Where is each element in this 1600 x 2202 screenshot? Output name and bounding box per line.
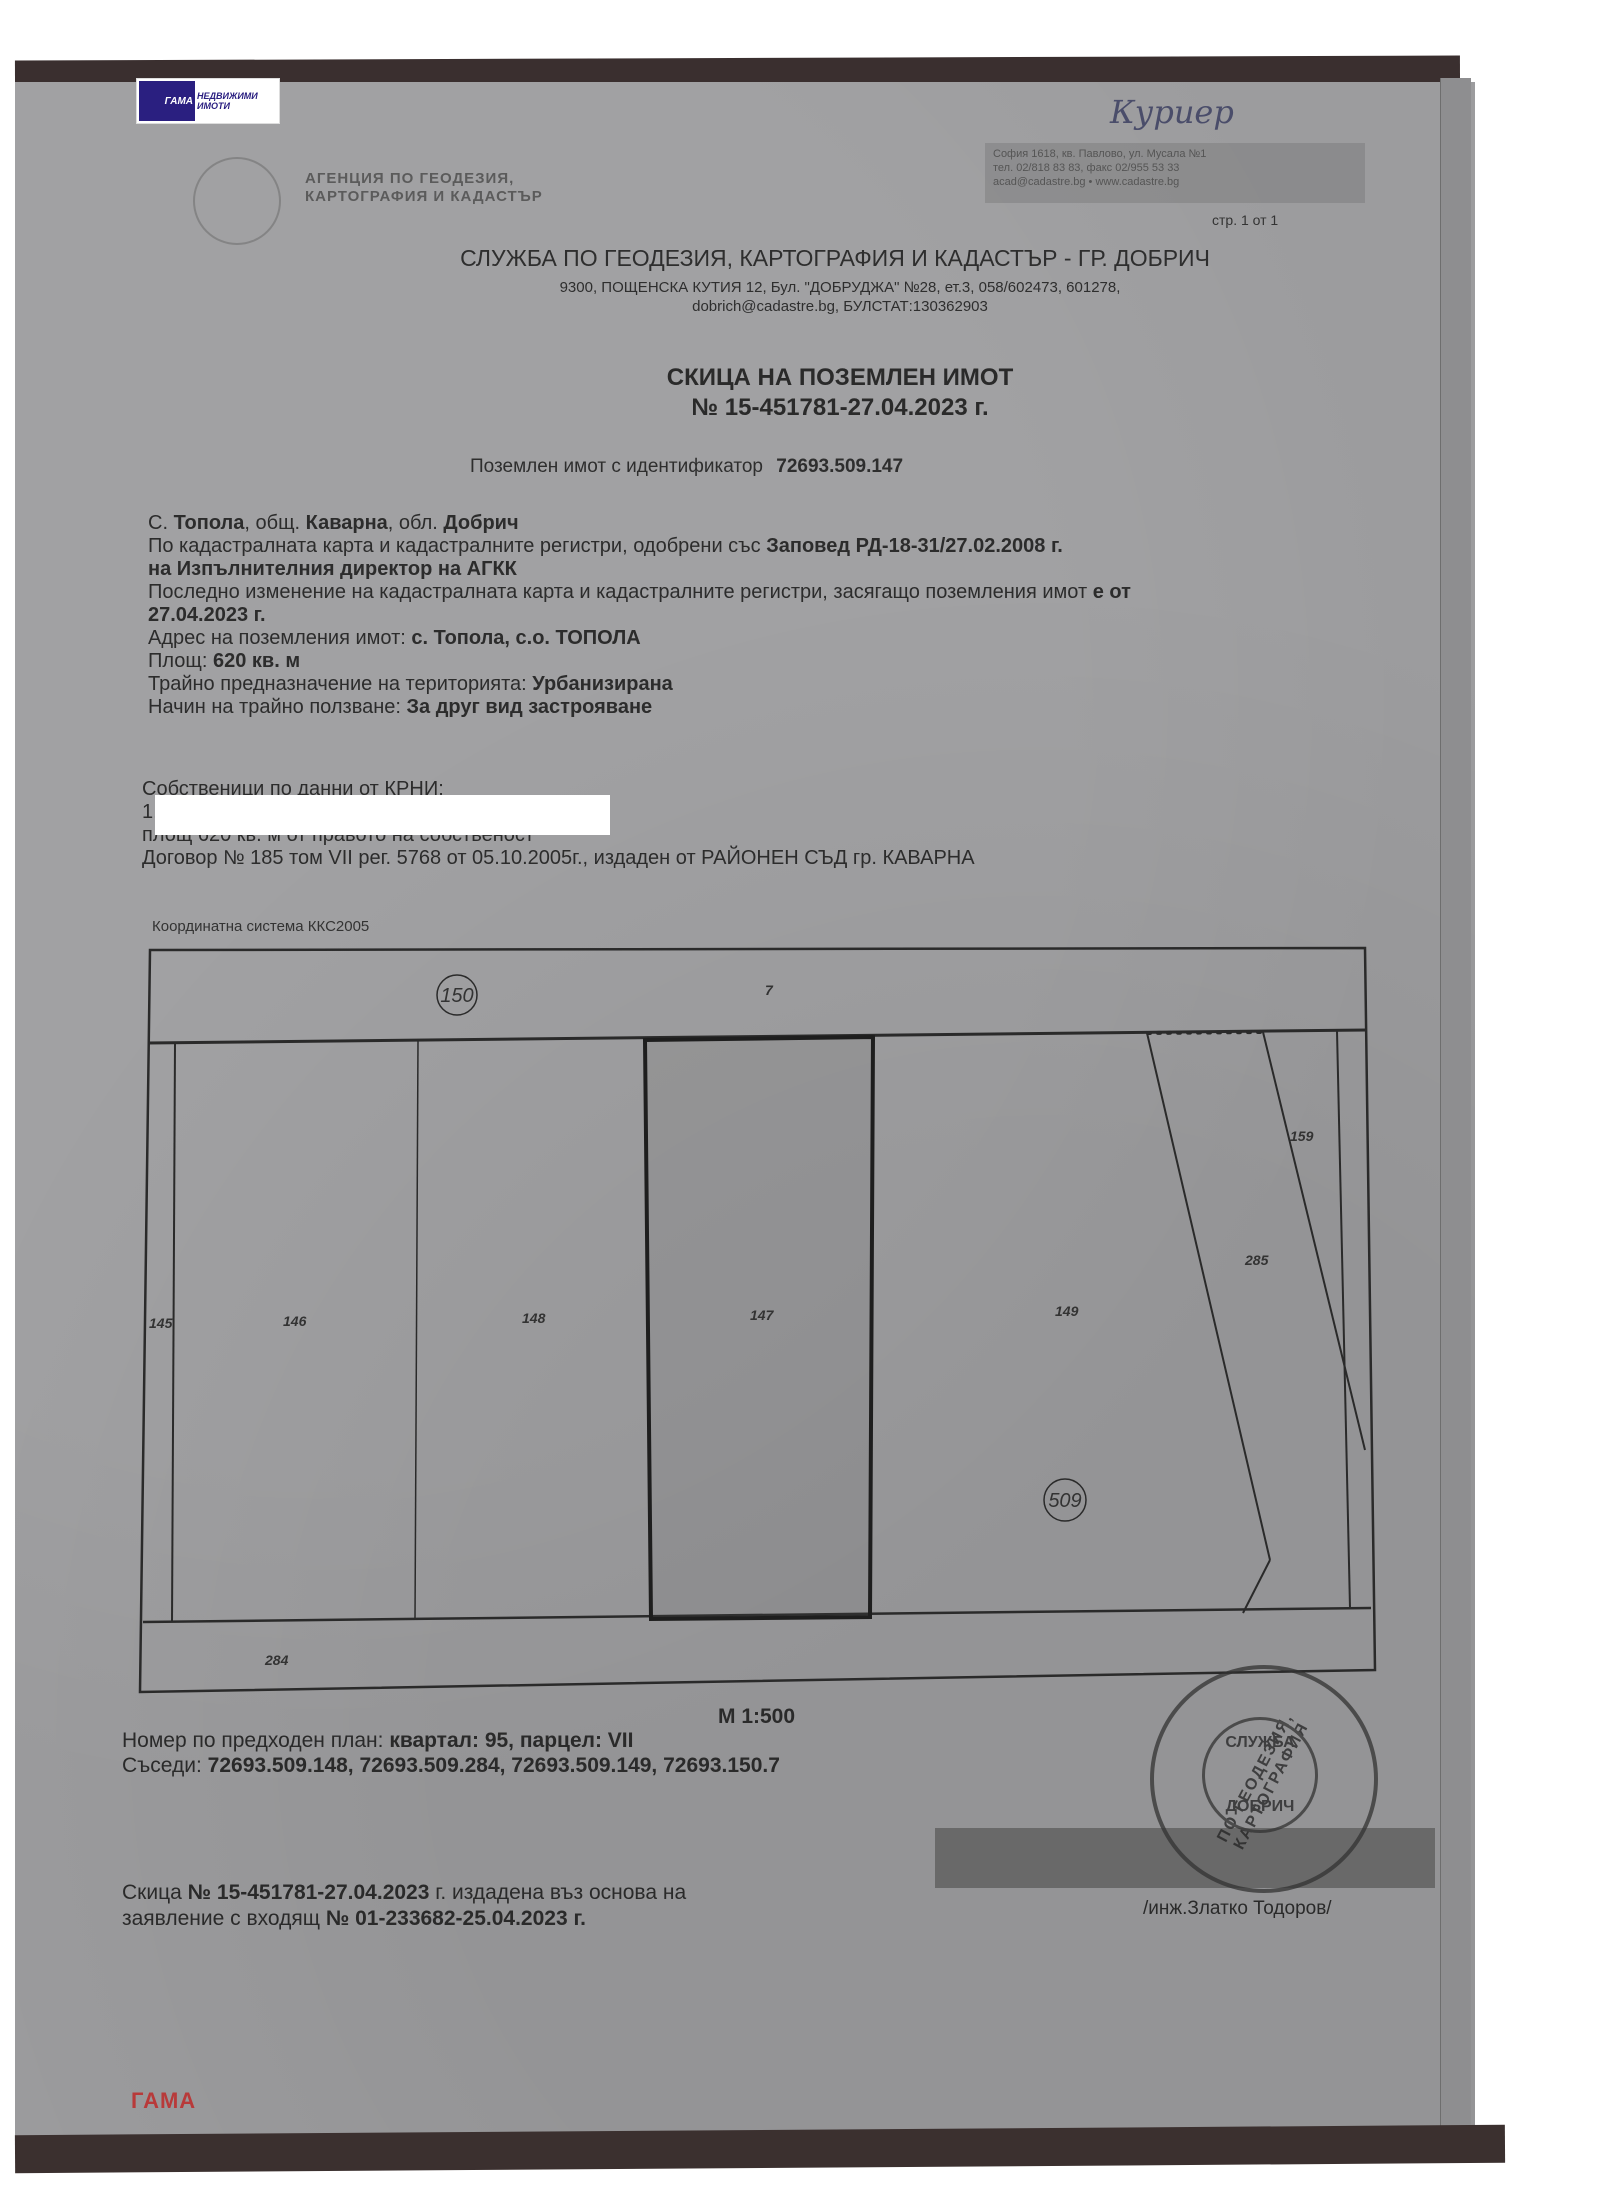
handwritten-note: Куриер: [1110, 93, 1234, 131]
property-details: С. Топола, общ. Каварна, обл. Добрич По …: [148, 512, 1368, 719]
issuance-note: Скица № 15-451781-27.04.2023 г. издадена…: [122, 1880, 686, 1932]
stamp-globe-icon: СЛУЖБА ДОБРИЧ: [1202, 1717, 1318, 1833]
last-change-line: Последно изменение на кадастралната карт…: [148, 581, 1368, 604]
parcel-label-147: 147: [750, 1307, 775, 1323]
block-label-150: 150: [440, 985, 473, 1007]
agency-contact-block: София 1618, кв. Павлово, ул. Мусала №1 т…: [985, 143, 1365, 203]
identifier-value: 72693.509.147: [776, 456, 903, 477]
parcel-label-284: 284: [264, 1652, 289, 1668]
signer-name: /инж.Златко Тодоров/: [1143, 1898, 1332, 1920]
parcel-label-148: 148: [522, 1310, 546, 1326]
logo-text: НЕДВИЖИМИ ИМОТИ: [197, 91, 258, 111]
parcel-label-149: 149: [1055, 1303, 1079, 1319]
parcel-label-146: 146: [283, 1313, 307, 1329]
parcel-label-145: 145: [149, 1315, 173, 1331]
office-title: СЛУЖБА ПО ГЕОДЕЗИЯ, КАРТОГРАФИЯ И КАДАСТ…: [0, 245, 1600, 272]
map-scale: М 1:500: [718, 1705, 795, 1729]
official-stamp-icon: ПО ГЕОДЕЗИЯ, КАРТОГРАФИЯ СЛУЖБА ДОБРИЧ: [1150, 1665, 1378, 1893]
area-line: Площ: 620 кв. м: [148, 650, 1368, 673]
cadastral-sketch: 150 509 7 145 146 148 147 149 159 285 28…: [135, 940, 1395, 1700]
gama-logo: ГАМА НЕДВИЖИМИ ИМОТИ: [136, 78, 280, 124]
cadastral-map-svg: 150 509 7 145 146 148 147 149 159 285 28…: [135, 940, 1395, 1700]
address-line: Адрес на поземления имот: с. Топола, с.о…: [148, 627, 1368, 650]
coordinate-system: Координатна система ККС2005: [152, 918, 369, 935]
agency-name: АГЕНЦИЯ ПО ГЕОДЕЗИЯ, КАРТОГРАФИЯ И КАДАС…: [305, 170, 543, 206]
document-number: № 15-451781-27.04.2023 г.: [80, 393, 1600, 423]
office-address: 9300, ПОЩЕНСКА КУТИЯ 12, Бул. "ДОБРУДЖА"…: [0, 278, 1600, 316]
usage-line: Начин на трайно ползване: За друг вид за…: [148, 696, 1368, 719]
location-line: С. Топола, общ. Каварна, обл. Добрич: [148, 512, 1368, 535]
gama-watermark: ГАМА: [131, 2088, 196, 2114]
page-number: стр. 1 от 1: [1212, 212, 1278, 228]
parcel-label-7: 7: [765, 982, 774, 998]
purpose-line: Трайно предназначение на територията: Ур…: [148, 673, 1368, 696]
redacted-owner-name: [155, 795, 610, 835]
neighbours-line: Съседи: 72693.509.148, 72693.509.284, 72…: [122, 1753, 780, 1778]
map-approval-line: По кадастралната карта и кадастралните р…: [148, 535, 1368, 558]
logo-mark: ГАМА: [139, 81, 195, 121]
parcel-label-285: 285: [1244, 1252, 1269, 1268]
previous-plan: Номер по предходен план: квартал: 95, па…: [122, 1728, 780, 1778]
ownership-contract: Договор № 185 том VII рег. 5768 от 05.10…: [142, 847, 1242, 870]
agency-emblem-icon: [193, 157, 281, 245]
subject-parcel-147: [645, 1037, 873, 1619]
block-label-509: 509: [1048, 1490, 1081, 1512]
document-title: СКИЦА НА ПОЗЕМЛЕН ИМОТ № 15-451781-27.04…: [0, 363, 1600, 423]
identifier-line: Поземлен имот с идентификатор 72693.509.…: [470, 456, 903, 478]
parcel-label-159: 159: [1290, 1128, 1314, 1144]
